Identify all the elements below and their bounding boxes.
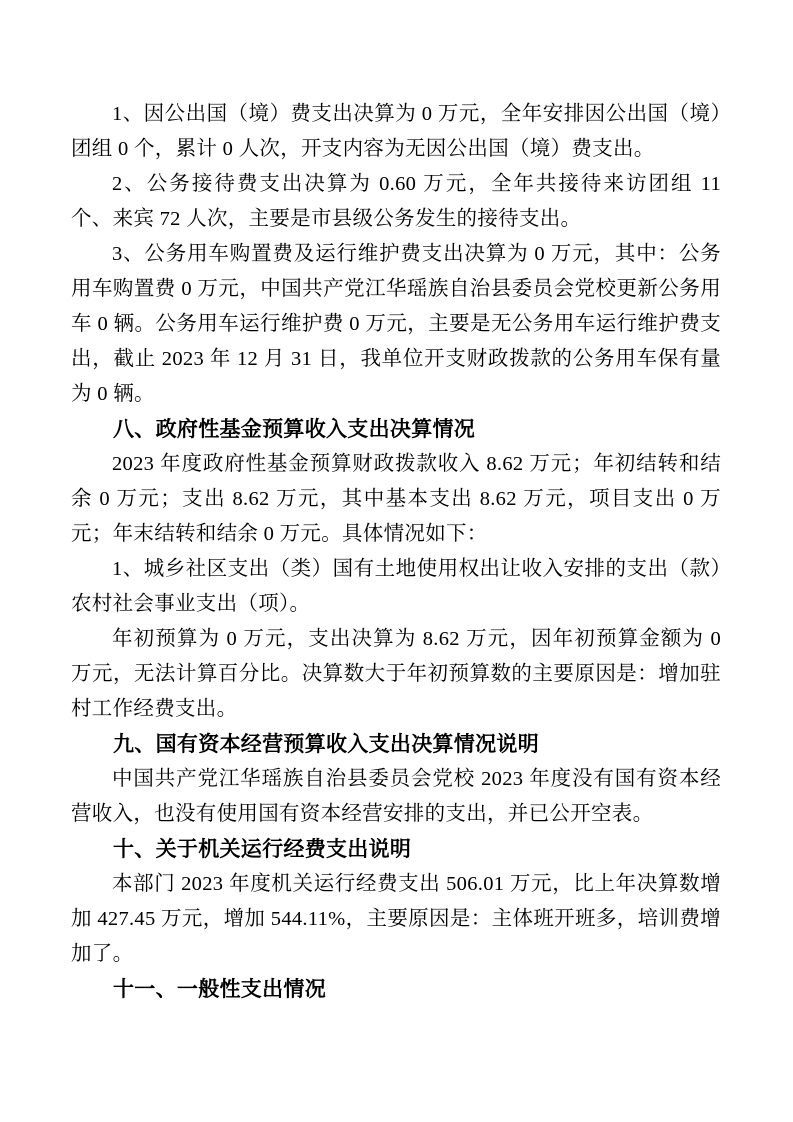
- section-heading-11-general-expenditure: 十一、一般性支出情况: [71, 972, 721, 1007]
- paragraph-operating-expenses: 本部门 2023 年度机关运行经费支出 506.01 万元，比上年决算数增加 4…: [71, 867, 721, 972]
- paragraph-fund-budget-summary: 2023 年度政府性基金预算财政拨款收入 8.62 万元；年初结转和结余 0 万…: [71, 447, 721, 552]
- section-heading-9-state-capital-budget: 九、国有资本经营预算收入支出决算情况说明: [71, 727, 721, 762]
- paragraph-state-capital: 中国共产党江华瑶族自治县委员会党校 2023 年度没有国有资本经营收入，也没有使…: [71, 762, 721, 832]
- section-heading-10-operating-expenses: 十、关于机关运行经费支出说明: [71, 832, 721, 867]
- paragraph-initial-budget: 年初预算为 0 万元，支出决算为 8.62 万元，因年初预算金额为 0 万元，无…: [71, 622, 721, 727]
- paragraph-official-vehicles: 3、公务用车购置费及运行维护费支出决算为 0 万元，其中：公务用车购置费 0 万…: [71, 237, 721, 412]
- paragraph-overseas-trips: 1、因公出国（境）费支出决算为 0 万元，全年安排因公出国（境）团组 0 个，累…: [71, 97, 721, 167]
- paragraph-urban-rural-community: 1、城乡社区支出（类）国有土地使用权出让收入安排的支出（款）农村社会事业支出（项…: [71, 552, 721, 622]
- section-heading-8-government-fund-budget: 八、政府性基金预算收入支出决算情况: [71, 412, 721, 447]
- paragraph-official-reception: 2、公务接待费支出决算为 0.60 万元，全年共接待来访团组 11 个、来宾 7…: [71, 167, 721, 237]
- document-page: 1、因公出国（境）费支出决算为 0 万元，全年安排因公出国（境）团组 0 个，累…: [0, 0, 793, 1122]
